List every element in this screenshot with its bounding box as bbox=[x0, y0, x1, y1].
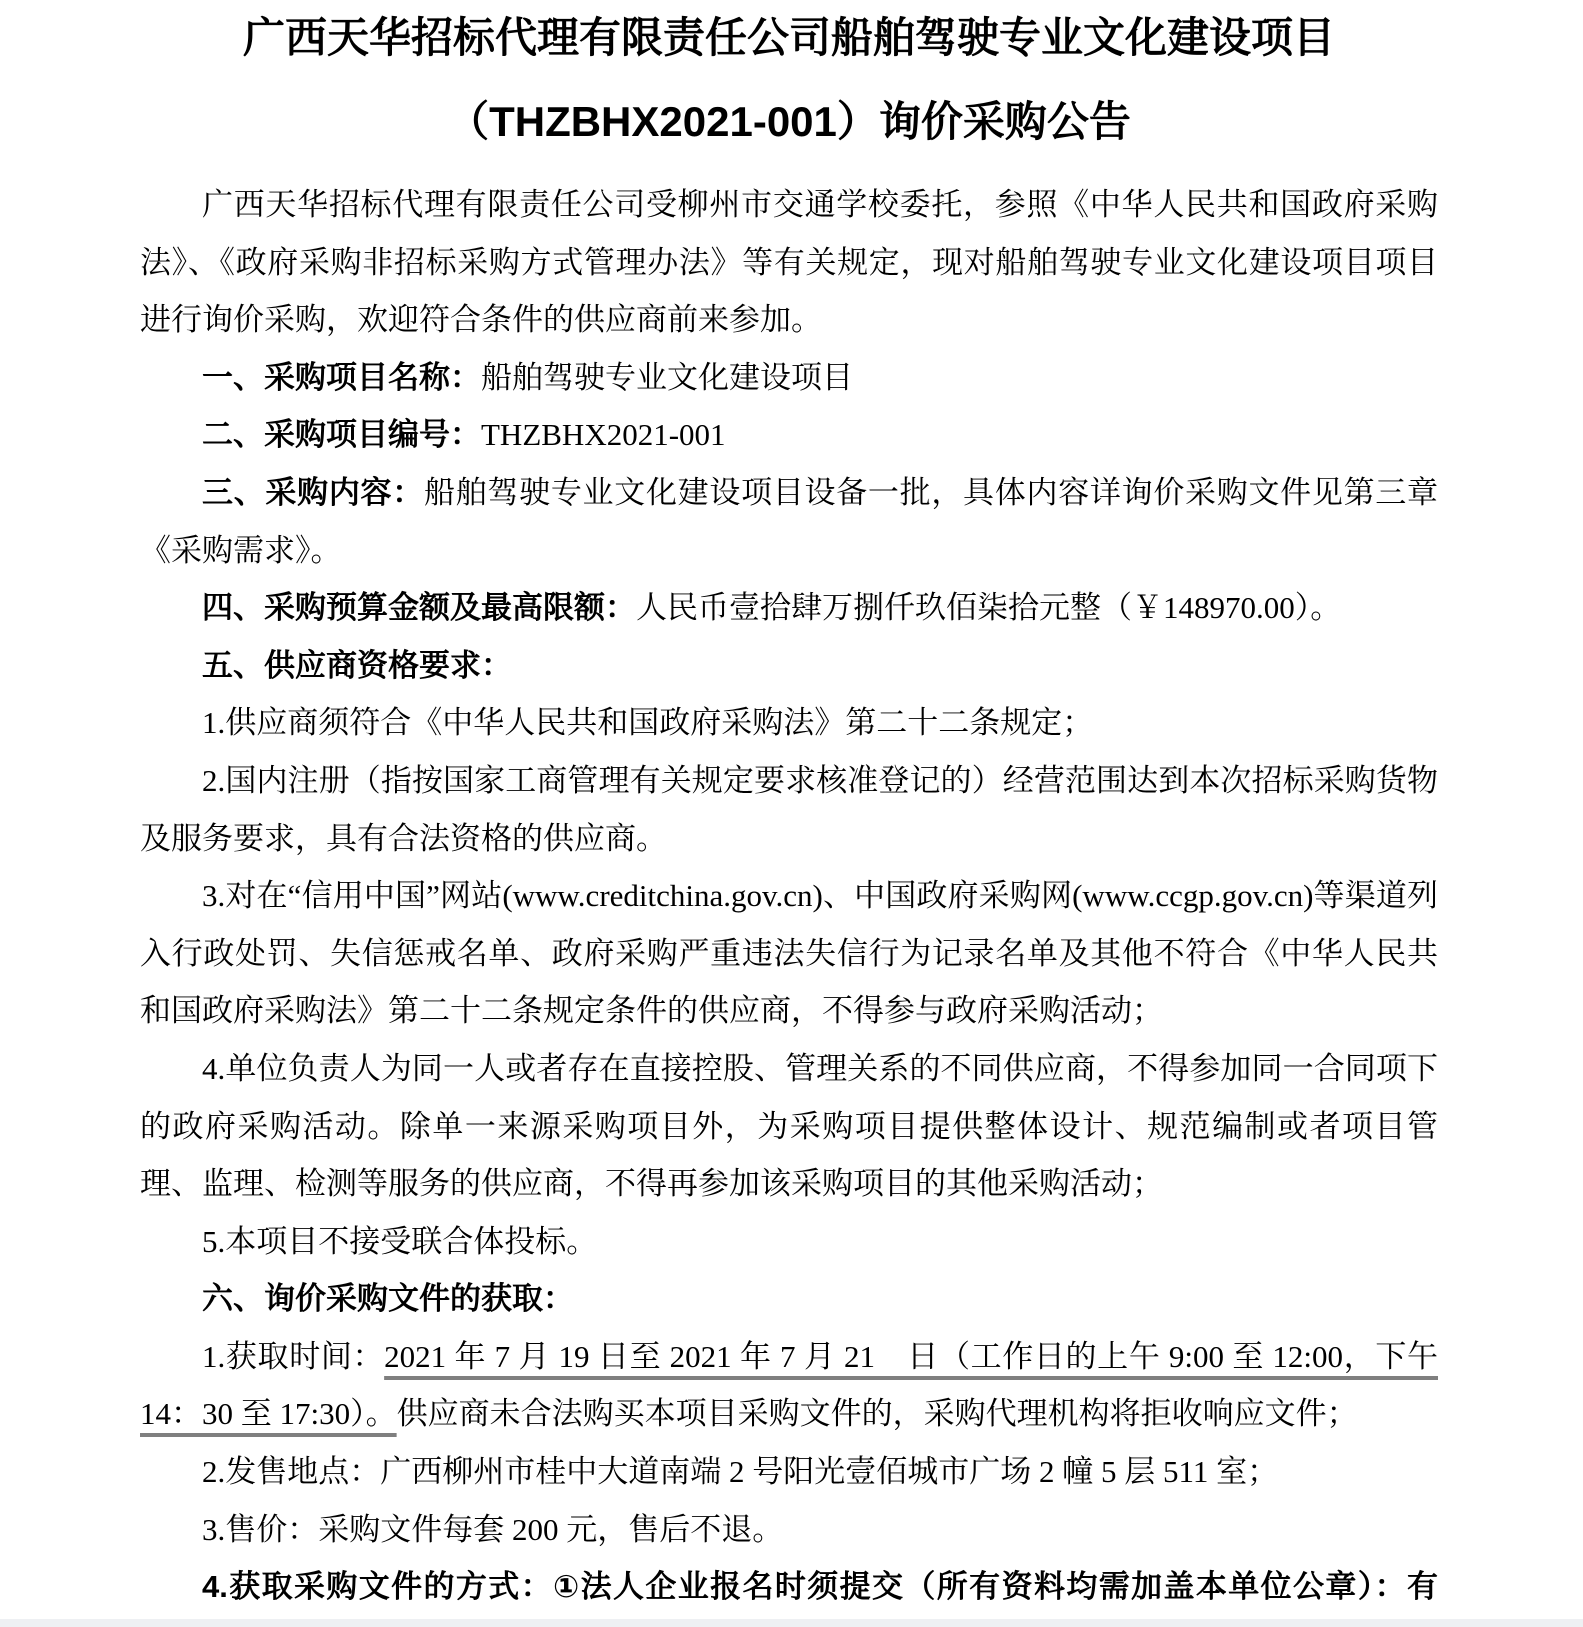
section-6-label: 六、询价采购文件的获取： bbox=[202, 1281, 574, 1316]
intro-paragraph: 广西天华招标代理有限责任公司受柳州市交通学校委托，参照《中华人民共和国政府采购法… bbox=[140, 176, 1438, 349]
section-4-value: 人民币壹拾肆万捌仟玖佰柒拾元整（￥148970.00）。 bbox=[636, 590, 1341, 625]
acquisition-item-3-price: 3.售价：采购文件每套 200 元，售后不退。 bbox=[140, 1501, 1438, 1559]
section-6-document-acquisition-heading: 六、询价采购文件的获取： bbox=[140, 1270, 1438, 1328]
acquisition-item-1-time: 1.获取时间：2021 年 7 月 19 日至 2021 年 7 月 21 日（… bbox=[140, 1328, 1438, 1443]
section-1-project-name: 一、采购项目名称：船舶驾驶专业文化建设项目 bbox=[140, 349, 1438, 407]
section-2-label: 二、采购项目编号： bbox=[202, 417, 481, 452]
qualification-item-2: 2.国内注册（指按国家工商管理有关规定要求核准登记的）经营范围达到本次招标采购货… bbox=[140, 752, 1438, 867]
section-5-label: 五、供应商资格要求： bbox=[202, 648, 512, 683]
acquisition-item-1-suffix: 供应商未合法购买本项目采购文件的，采购代理机构将拒收响应文件； bbox=[397, 1396, 1358, 1431]
section-5-supplier-qualifications-heading: 五、供应商资格要求： bbox=[140, 637, 1438, 695]
document-title: 广西天华招标代理有限责任公司船舶驾驶专业文化建设项目 bbox=[140, 6, 1438, 70]
section-3-label: 三、采购内容： bbox=[202, 475, 424, 510]
acquisition-item-4-method: 4.获取采购文件的方式：①法人企业报名时须提交（所有资料均需加盖本单位公章）：有 bbox=[140, 1558, 1438, 1616]
section-1-label: 一、采购项目名称： bbox=[202, 360, 481, 395]
bottom-edge-strip bbox=[0, 1619, 1583, 1627]
qualification-item-4: 4.单位负责人为同一人或者存在直接控股、管理关系的不同供应商，不得参加同一合同项… bbox=[140, 1040, 1438, 1213]
document-body: 广西天华招标代理有限责任公司受柳州市交通学校委托，参照《中华人民共和国政府采购法… bbox=[140, 176, 1438, 1616]
acquisition-item-2-location: 2.发售地点：广西柳州市桂中大道南端 2 号阳光壹佰城市广场 2 幢 5 层 5… bbox=[140, 1443, 1438, 1501]
acquisition-item-4-text: 4.获取采购文件的方式：①法人企业报名时须提交（所有资料均需加盖本单位公章）：有 bbox=[202, 1569, 1438, 1604]
section-2-value: THZBHX2021-001 bbox=[481, 417, 726, 452]
section-2-project-number: 二、采购项目编号：THZBHX2021-001 bbox=[140, 406, 1438, 464]
section-3-procurement-content: 三、采购内容：船舶驾驶专业文化建设项目设备一批，具体内容详询价采购文件见第三章《… bbox=[140, 464, 1438, 579]
qualification-item-5: 5.本项目不接受联合体投标。 bbox=[140, 1213, 1438, 1271]
section-4-budget: 四、采购预算金额及最高限额：人民币壹拾肆万捌仟玖佰柒拾元整（￥148970.00… bbox=[140, 579, 1438, 637]
qualification-item-3: 3.对在“信用中国”网站(www.creditchina.gov.cn)、中国政… bbox=[140, 867, 1438, 1040]
section-4-label: 四、采购预算金额及最高限额： bbox=[202, 590, 636, 625]
section-1-value: 船舶驾驶专业文化建设项目 bbox=[481, 360, 853, 395]
document-page: 广西天华招标代理有限责任公司船舶驾驶专业文化建设项目 （THZBHX2021-0… bbox=[0, 0, 1583, 1627]
acquisition-item-1-prefix: 1.获取时间： bbox=[202, 1339, 384, 1374]
qualification-item-1: 1.供应商须符合《中华人民共和国政府采购法》第二十二条规定； bbox=[140, 694, 1438, 752]
document-subtitle: （THZBHX2021-001）询价采购公告 bbox=[140, 92, 1438, 152]
